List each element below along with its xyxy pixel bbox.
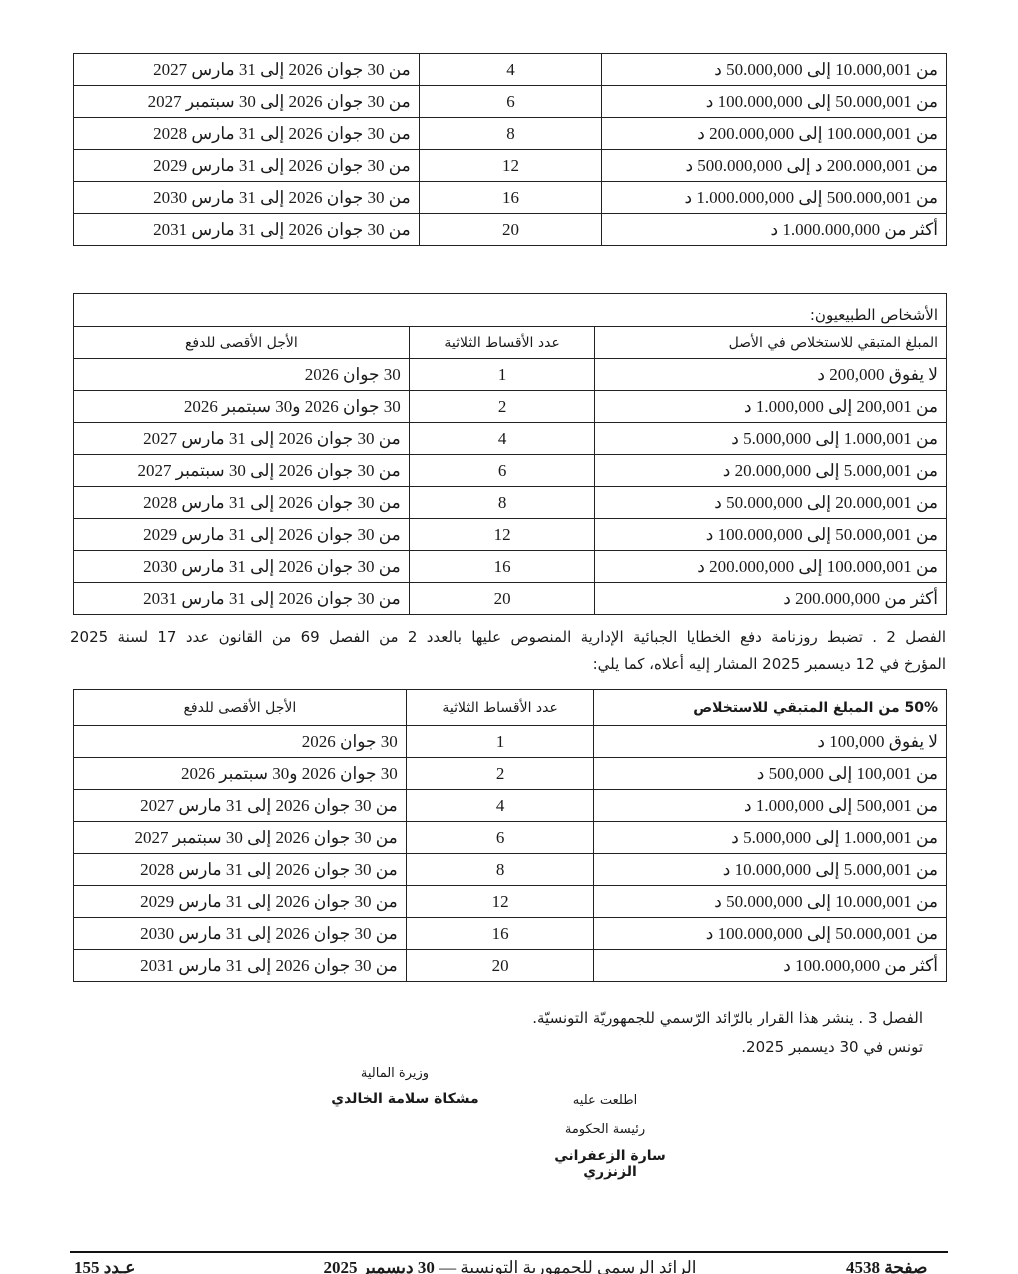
cell-installments: 8 bbox=[409, 487, 595, 519]
cell-deadline: 30 جوان 2026 و30 سبتمبر 2026 bbox=[74, 758, 407, 790]
cell-installments: 8 bbox=[419, 118, 601, 150]
cell-deadline: من 30 جوان 2026 إلى 31 مارس 2030 bbox=[74, 182, 420, 214]
cell-installments: 20 bbox=[419, 214, 601, 246]
table-row: لا يفوق 100,000 د130 جوان 2026 bbox=[74, 726, 947, 758]
cell-deadline: من 30 جوان 2026 إلى 31 مارس 2031 bbox=[74, 214, 420, 246]
cell-amount: من 10.000,001 إلى 50.000,000 د bbox=[602, 54, 947, 86]
cell-installments: 20 bbox=[406, 950, 594, 982]
cell-amount: من 100,001 إلى 500,000 د bbox=[594, 758, 947, 790]
seen-by-label: اطلعت عليه bbox=[560, 1093, 650, 1108]
cell-amount: من 100.000,001 إلى 200.000,000 د bbox=[595, 551, 947, 583]
table-row: لا يفوق 200,000 د130 جوان 2026 bbox=[74, 359, 947, 391]
cell-amount: من 20.000,001 إلى 50.000,000 د bbox=[595, 487, 947, 519]
table-row: من 200,001 إلى 1.000,000 د230 جوان 2026 … bbox=[74, 391, 947, 423]
table-row: من 5.000,001 إلى 20.000,000 د6من 30 جوان… bbox=[74, 455, 947, 487]
tax-penalties-table: 50% من المبلغ المتبقي للاستخلاص عدد الأق… bbox=[73, 689, 947, 982]
cell-deadline: من 30 جوان 2026 إلى 31 مارس 2029 bbox=[74, 519, 410, 551]
table-row: من 50.000,001 إلى 100.000,000 د6من 30 جو… bbox=[74, 86, 947, 118]
table-row: من 5.000,001 إلى 10.000,000 د8من 30 جوان… bbox=[74, 854, 947, 886]
table-header-row: المبلغ المتبقي للاستخلاص في الأصل عدد ال… bbox=[74, 327, 947, 359]
cell-deadline: من 30 جوان 2026 إلى 30 سبتمبر 2027 bbox=[74, 822, 407, 854]
table-row: أكثر من 1.000.000,000 د20من 30 جوان 2026… bbox=[74, 214, 947, 246]
cell-amount: من 500,001 إلى 1.000,000 د bbox=[594, 790, 947, 822]
table-row: من 50.000,001 إلى 100.000,000 د12من 30 ج… bbox=[74, 519, 947, 551]
cell-deadline: من 30 جوان 2026 إلى 31 مارس 2031 bbox=[74, 583, 410, 615]
cell-amount: أكثر من 200.000,000 د bbox=[595, 583, 947, 615]
cell-amount: من 50.000,001 إلى 100.000,000 د bbox=[602, 86, 947, 118]
table-row: من 100.000,001 إلى 200.000,000 د16من 30 … bbox=[74, 551, 947, 583]
cell-deadline: من 30 جوان 2026 إلى 31 مارس 2027 bbox=[74, 423, 410, 455]
cell-deadline: من 30 جوان 2026 إلى 31 مارس 2031 bbox=[74, 950, 407, 982]
cell-deadline: من 30 جوان 2026 إلى 31 مارس 2028 bbox=[74, 854, 407, 886]
footer-publication: الرائد الرسمي للجمهورية التونسية — 30 دي… bbox=[320, 1258, 700, 1274]
footer-journal-name: الرائد الرسمي للجمهورية التونسية — bbox=[439, 1258, 696, 1274]
cell-deadline: من 30 جوان 2026 إلى 31 مارس 2028 bbox=[74, 487, 410, 519]
cell-installments: 4 bbox=[419, 54, 601, 86]
footer-issue-number: عـدد 155 bbox=[74, 1258, 135, 1274]
table-row: من 1.000,001 إلى 5.000,000 د4من 30 جوان … bbox=[74, 423, 947, 455]
header-amount: المبلغ المتبقي للاستخلاص في الأصل bbox=[595, 327, 947, 359]
header-deadline: الأجل الأقصى للدفع bbox=[74, 327, 410, 359]
cell-amount: أكثر من 100.000,000 د bbox=[594, 950, 947, 982]
cell-amount: من 50.000,001 إلى 100.000,000 د bbox=[594, 918, 947, 950]
cell-amount: من 1.000,001 إلى 5.000,000 د bbox=[595, 423, 947, 455]
article-3-paragraph: الفصل 3 . ينشر هذا القرار بالرّائد الرّس… bbox=[223, 1005, 923, 1032]
cell-amount: من 500.000,001 إلى 1.000.000,000 د bbox=[602, 182, 947, 214]
cell-installments: 6 bbox=[419, 86, 601, 118]
cell-installments: 1 bbox=[409, 359, 595, 391]
cell-amount: من 50.000,001 إلى 100.000,000 د bbox=[595, 519, 947, 551]
prime-minister-title: رئيسة الحكومة bbox=[555, 1122, 655, 1137]
installments-table-continued: من 10.000,001 إلى 50.000,000 د4من 30 جوا… bbox=[73, 53, 947, 246]
cell-deadline: من 30 جوان 2026 إلى 30 سبتمبر 2027 bbox=[74, 455, 410, 487]
cell-installments: 4 bbox=[409, 423, 595, 455]
cell-installments: 2 bbox=[409, 391, 595, 423]
place-and-date: تونس في 30 ديسمبر 2025. bbox=[741, 1038, 923, 1056]
cell-deadline: من 30 جوان 2026 إلى 31 مارس 2027 bbox=[74, 790, 407, 822]
table-row: من 500,001 إلى 1.000,000 د4من 30 جوان 20… bbox=[74, 790, 947, 822]
table-body: لا يفوق 200,000 د130 جوان 2026من 200,001… bbox=[74, 359, 947, 615]
cell-amount: أكثر من 1.000.000,000 د bbox=[602, 214, 947, 246]
cell-amount: لا يفوق 200,000 د bbox=[595, 359, 947, 391]
table-row: أكثر من 100.000,000 د20من 30 جوان 2026 إ… bbox=[74, 950, 947, 982]
cell-amount: من 5.000,001 إلى 20.000,000 د bbox=[595, 455, 947, 487]
cell-amount: من 200.000,001 د إلى 500.000,000 د bbox=[602, 150, 947, 182]
cell-installments: 8 bbox=[406, 854, 594, 886]
cell-installments: 12 bbox=[409, 519, 595, 551]
cell-installments: 12 bbox=[419, 150, 601, 182]
table-row: من 500.000,001 إلى 1.000.000,000 د16من 3… bbox=[74, 182, 947, 214]
header-installments: عدد الأقساط الثلاثية bbox=[409, 327, 595, 359]
table-row: من 1.000,001 إلى 5.000,000 د6من 30 جوان … bbox=[74, 822, 947, 854]
cell-installments: 12 bbox=[406, 886, 594, 918]
cell-deadline: 30 جوان 2026 bbox=[74, 726, 407, 758]
cell-deadline: من 30 جوان 2026 إلى 31 مارس 2027 bbox=[74, 54, 420, 86]
table-row: من 10.000,001 إلى 50.000,000 د12من 30 جو… bbox=[74, 886, 947, 918]
footer-page-number: صفحة 4538 bbox=[846, 1258, 927, 1274]
article-2-line-1: الفصل 2 . تضبط روزنامة دفع الخطايا الجبا… bbox=[70, 624, 946, 651]
header-amount: 50% من المبلغ المتبقي للاستخلاص bbox=[594, 690, 947, 726]
cell-deadline: من 30 جوان 2026 إلى 31 مارس 2029 bbox=[74, 886, 407, 918]
cell-deadline: من 30 جوان 2026 إلى 31 مارس 2030 bbox=[74, 918, 407, 950]
table-row: أكثر من 200.000,000 د20من 30 جوان 2026 إ… bbox=[74, 583, 947, 615]
cell-installments: 20 bbox=[409, 583, 595, 615]
natural-persons-table: الأشخاص الطبيعيون: المبلغ المتبقي للاستخ… bbox=[73, 293, 947, 615]
cell-deadline: من 30 جوان 2026 إلى 31 مارس 2028 bbox=[74, 118, 420, 150]
table-row: من 200.000,001 د إلى 500.000,000 د12من 3… bbox=[74, 150, 947, 182]
finance-minister-title: وزيرة المالية bbox=[340, 1066, 450, 1081]
cell-installments: 2 bbox=[406, 758, 594, 790]
cell-amount: من 100.000,001 إلى 200.000,000 د bbox=[602, 118, 947, 150]
cell-installments: 16 bbox=[419, 182, 601, 214]
cell-installments: 16 bbox=[406, 918, 594, 950]
table-body: لا يفوق 100,000 د130 جوان 2026من 100,001… bbox=[74, 726, 947, 982]
table-row: من 100.000,001 إلى 200.000,000 د8من 30 ج… bbox=[74, 118, 947, 150]
cell-amount: من 5.000,001 إلى 10.000,000 د bbox=[594, 854, 947, 886]
table-body: من 10.000,001 إلى 50.000,000 د4من 30 جوا… bbox=[74, 54, 947, 246]
cell-installments: 6 bbox=[406, 822, 594, 854]
cell-installments: 16 bbox=[409, 551, 595, 583]
cell-installments: 6 bbox=[409, 455, 595, 487]
cell-installments: 4 bbox=[406, 790, 594, 822]
cell-deadline: من 30 جوان 2026 إلى 30 سبتمبر 2027 bbox=[74, 86, 420, 118]
article-2-paragraph: الفصل 2 . تضبط روزنامة دفع الخطايا الجبا… bbox=[70, 624, 946, 678]
table-header-row: 50% من المبلغ المتبقي للاستخلاص عدد الأق… bbox=[74, 690, 947, 726]
table-row: من 10.000,001 إلى 50.000,000 د4من 30 جوا… bbox=[74, 54, 947, 86]
table-title: الأشخاص الطبيعيون: bbox=[74, 294, 947, 327]
footer-divider bbox=[70, 1251, 948, 1253]
cell-amount: لا يفوق 100,000 د bbox=[594, 726, 947, 758]
finance-minister-name: مشكاة سلامة الخالدي bbox=[320, 1091, 490, 1107]
cell-deadline: 30 جوان 2026 bbox=[74, 359, 410, 391]
article-2-line-2: المؤرخ في 12 ديسمبر 2025 المشار إليه أعل… bbox=[593, 655, 946, 673]
table-row: من 20.000,001 إلى 50.000,000 د8من 30 جوا… bbox=[74, 487, 947, 519]
cell-amount: من 1.000,001 إلى 5.000,000 د bbox=[594, 822, 947, 854]
cell-deadline: 30 جوان 2026 و30 سبتمبر 2026 bbox=[74, 391, 410, 423]
table-title-row: الأشخاص الطبيعيون: bbox=[74, 294, 947, 327]
prime-minister-name: سارة الزعفراني الزنزري bbox=[525, 1148, 695, 1180]
table-row: من 100,001 إلى 500,000 د230 جوان 2026 و3… bbox=[74, 758, 947, 790]
cell-deadline: من 30 جوان 2026 إلى 31 مارس 2030 bbox=[74, 551, 410, 583]
cell-deadline: من 30 جوان 2026 إلى 31 مارس 2029 bbox=[74, 150, 420, 182]
header-deadline: الأجل الأقصى للدفع bbox=[74, 690, 407, 726]
footer-date: 30 ديسمبر 2025 bbox=[324, 1258, 435, 1274]
cell-installments: 1 bbox=[406, 726, 594, 758]
table-row: من 50.000,001 إلى 100.000,000 د16من 30 ج… bbox=[74, 918, 947, 950]
cell-amount: من 10.000,001 إلى 50.000,000 د bbox=[594, 886, 947, 918]
header-installments: عدد الأقساط الثلاثية bbox=[406, 690, 594, 726]
cell-amount: من 200,001 إلى 1.000,000 د bbox=[595, 391, 947, 423]
